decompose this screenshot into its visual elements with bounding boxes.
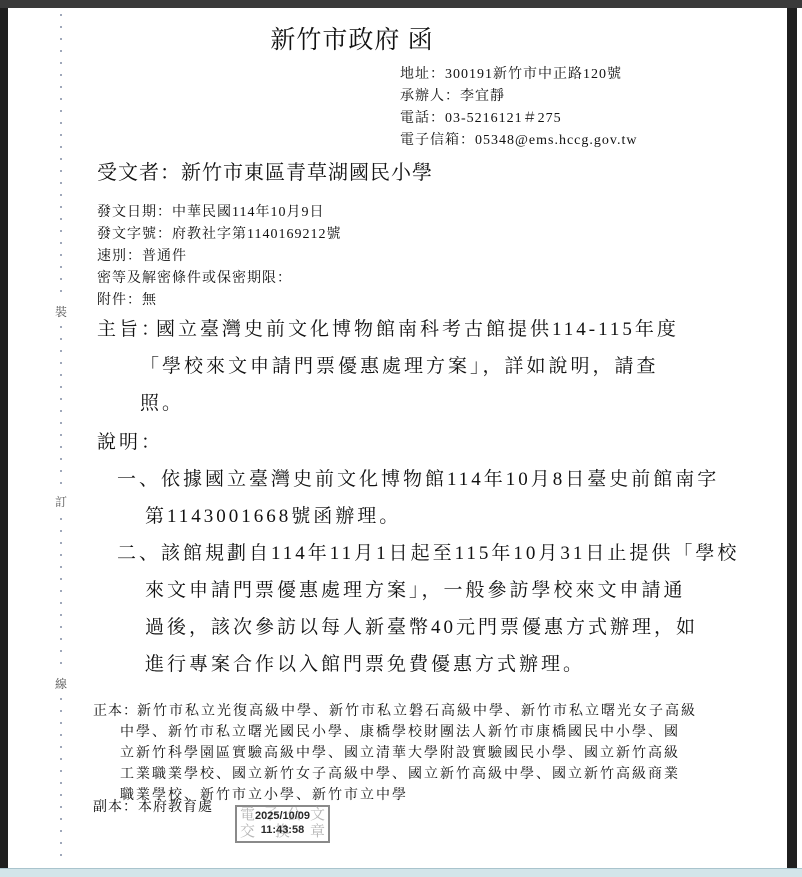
original-copy-block: 正本： 新竹市私立光復高級中學、新竹市私立磐石高級中學、新竹市私立曙光女子高級 … bbox=[93, 701, 697, 806]
explanation-label: 說明： bbox=[97, 424, 163, 461]
subject-label: 主旨： bbox=[97, 311, 163, 348]
item-text-line: 第1143001668號函辦理。 bbox=[145, 498, 739, 535]
original-copy-line: 立新竹科學園區實驗高級中學、國立清華大學附設實驗國民小學、國立新竹高級 bbox=[120, 743, 697, 764]
sender-email: 電子信箱：05348@ems.hccg.gov.tw bbox=[400, 130, 637, 152]
list-item-2: 二、 該館規劃自114年11月1日起至115年10月31日止提供「學校 來文申請… bbox=[117, 535, 739, 683]
recipient-line: 受文者：新竹市東區青草湖國民小學 bbox=[97, 156, 433, 185]
window-left-edge bbox=[0, 8, 8, 868]
electronic-exchange-stamp: 電 子 公 文 交 換 章 2025/10/09 11:43:58 bbox=[235, 805, 330, 843]
item-text-line: 該館規劃自114年11月1日起至115年10月31日止提供「學校 bbox=[145, 535, 739, 572]
original-copy-line: 工業職業學校、國立新竹女子高級中學、國立新竹高級中學、國立新竹高級商業 bbox=[120, 764, 697, 785]
item-number: 一、 bbox=[117, 461, 161, 498]
document-meta-block: 發文日期：中華民國114年10月9日 發文字號：府教社字第1140169212號… bbox=[97, 202, 341, 312]
original-copy-line: 新竹市私立光復高級中學、新竹市私立磐石高級中學、新竹市私立曙光女子高級 bbox=[120, 701, 697, 722]
item-text-line: 進行專案合作以入館門票免費優惠方式辦理。 bbox=[145, 646, 739, 683]
sender-info-block: 地址：300191新竹市中正路120號 承辦人：李宜靜 電話：03-521612… bbox=[400, 64, 637, 152]
item-text-line: 來文申請門票優惠處理方案」，一般參訪學校來文申請通 bbox=[145, 572, 739, 609]
item-text: 依據國立臺灣史前文化博物館114年10月8日臺史前館南字 第1143001668… bbox=[145, 461, 739, 535]
sender-phone: 電話：03-5216121＃275 bbox=[400, 108, 637, 130]
original-copy-line: 中學、新竹市私立曙光國民小學、康橋學校財團法人新竹市康橋國民中小學、國 bbox=[120, 722, 697, 743]
item-number: 二、 bbox=[117, 535, 161, 572]
original-copy-label: 正本： bbox=[93, 701, 138, 722]
subject-text-line: 「學校來文申請門票優惠處理方案」，詳如說明，請查 bbox=[140, 348, 679, 385]
meta-issue-date: 發文日期：中華民國114年10月9日 bbox=[97, 202, 341, 224]
list-item-1: 一、 依據國立臺灣史前文化博物館114年10月8日臺史前館南字 第1143001… bbox=[117, 461, 739, 535]
window-top-edge bbox=[0, 0, 802, 8]
meta-security-class: 密等及解密條件或保密期限： bbox=[97, 268, 341, 290]
stamp-time: 11:43:58 bbox=[237, 823, 328, 837]
sender-contact-person: 承辦人：李宜靜 bbox=[400, 86, 637, 108]
binding-dotted-line bbox=[60, 14, 62, 862]
meta-speed-class: 速別：普通件 bbox=[97, 246, 341, 268]
carbon-copy-row: 副本：本府教育處 bbox=[93, 797, 213, 818]
meta-attachment: 附件：無 bbox=[97, 290, 341, 312]
meta-doc-number: 發文字號：府教社字第1140169212號 bbox=[97, 224, 341, 246]
explanation-items: 一、 依據國立臺灣史前文化博物館114年10月8日臺史前館南字 第1143001… bbox=[117, 461, 739, 683]
item-text: 該館規劃自114年11月1日起至115年10月31日止提供「學校 來文申請門票優… bbox=[145, 535, 739, 683]
subject-block: 主旨： 國立臺灣史前文化博物館南科考古館提供114-115年度 「學校來文申請門… bbox=[97, 311, 679, 422]
item-text-line: 依據國立臺灣史前文化博物館114年10月8日臺史前館南字 bbox=[145, 461, 739, 498]
binding-mark-zhuang: 裝 bbox=[52, 302, 70, 322]
stamp-timestamp: 2025/10/09 11:43:58 bbox=[237, 809, 328, 837]
stamp-date: 2025/10/09 bbox=[237, 809, 328, 823]
sender-address: 地址：300191新竹市中正路120號 bbox=[400, 64, 637, 86]
original-copy-text: 新竹市私立光復高級中學、新竹市私立磐石高級中學、新竹市私立曙光女子高級 中學、新… bbox=[120, 701, 697, 806]
subject-text-line: 照。 bbox=[140, 385, 679, 422]
binding-mark-ding: 訂 bbox=[52, 492, 70, 512]
document-page: 裝 訂 線 新竹市政府 函 地址：300191新竹市中正路120號 承辦人：李宜… bbox=[8, 8, 787, 868]
horizontal-scrollbar[interactable] bbox=[0, 868, 802, 877]
window-right-edge bbox=[787, 8, 797, 868]
carbon-copy-text: 本府教育處 bbox=[138, 800, 213, 815]
binding-mark-xian: 線 bbox=[52, 674, 70, 694]
subject-text: 國立臺灣史前文化博物館南科考古館提供114-115年度 「學校來文申請門票優惠處… bbox=[140, 311, 679, 422]
document-title: 新竹市政府 函 bbox=[8, 20, 696, 56]
item-text-line: 過後，該次參訪以每人新臺幣40元門票優惠方式辦理，如 bbox=[145, 609, 739, 646]
carbon-copy-label: 副本： bbox=[93, 800, 138, 815]
subject-text-line: 國立臺灣史前文化博物館南科考古館提供114-115年度 bbox=[140, 311, 679, 348]
